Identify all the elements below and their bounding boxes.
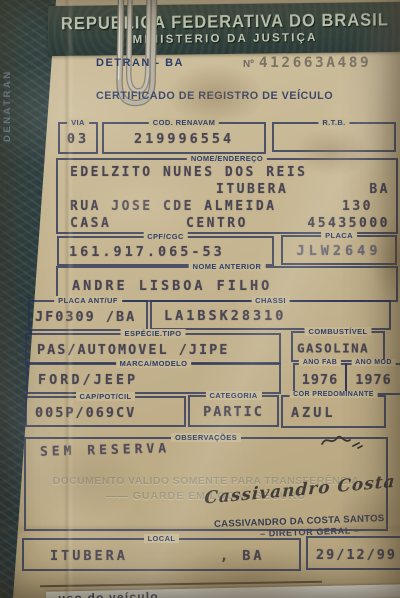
field-cor-value: AZUL	[291, 405, 336, 421]
field-observacoes-label: OBSERVAÇÕES	[171, 433, 241, 442]
field-cor-label: COR PREDOMINANTE	[289, 391, 378, 398]
field-placa-value: JLW2649	[283, 243, 395, 259]
field-renavam-label: COD. RENAVAM	[149, 118, 219, 127]
header-bar: REPUBLICA FEDERATIVA DO BRASIL MINISTERI…	[48, 2, 400, 56]
owner-street: RUA JOSE CDE ALMEIDA	[70, 199, 277, 214]
underlying-document-text: uso do veículo	[58, 589, 159, 598]
field-nome-anterior-value: ANDRE LISBOA FILHO	[72, 278, 272, 294]
owner-complement: CASA	[70, 216, 111, 231]
field-local-city: ITUBERA	[50, 548, 128, 564]
field-cap-label: CAP/POT/CIL	[76, 392, 136, 401]
field-placa-label: PLACA	[321, 231, 357, 240]
owner-city: ITUBERA	[216, 182, 288, 197]
field-especie-value: PAS/AUTOMOVEL /JIPE	[37, 342, 229, 358]
field-rtb: R.T.B.	[272, 122, 396, 152]
field-via-value: 03	[60, 131, 96, 147]
field-placa: PLACA JLW2649	[281, 235, 397, 265]
owner-district: CENTRO	[186, 216, 248, 231]
field-marca: MARCA/MODELO FORD/JEEP	[26, 363, 281, 394]
document-number-label: Nº	[243, 59, 254, 70]
field-especie-label: ESPÉCIE.TIPO	[121, 329, 186, 338]
denatran-vertical-text: DENATRAN	[2, 54, 18, 142]
field-via: VIA 03	[58, 122, 98, 154]
field-categoria: CATEGORIA PARTIC	[188, 395, 279, 427]
owner-uf: BA	[369, 182, 390, 197]
field-placa-ant: PLACA ANT/UF JF0309 /BA	[28, 300, 148, 331]
field-categoria-value: PARTIC	[190, 404, 277, 420]
field-combustivel-value: GASOLINA	[297, 340, 369, 355]
field-cpf-label: CPF/CGC	[143, 232, 188, 241]
field-marca-value: FORD/JEEP	[38, 372, 138, 388]
field-ano-mod-label: ANO MOD	[351, 359, 396, 366]
field-marca-label: MARCA/MODELO	[116, 359, 192, 368]
field-renavam: COD. RENAVAM 219996554	[102, 122, 266, 154]
field-rtb-label: R.T.B.	[318, 118, 349, 127]
sem-reserva-stamp: SEM RESERVA	[40, 441, 170, 459]
field-renavam-value: 219996554	[134, 131, 234, 147]
field-cor: COR PREDOMINANTE AZUL	[281, 395, 386, 428]
field-cap: CAP/POT/CIL 005P/069CV	[25, 396, 186, 427]
field-placa-ant-value: JF0309 /BA	[35, 309, 136, 325]
field-ano-fab: ANO FAB 1976	[293, 363, 347, 394]
field-combustivel-label: COMBUSTÍVEL	[305, 327, 372, 336]
pen-scribble	[320, 432, 364, 450]
field-nome-anterior-label: NOME ANTERIOR	[189, 262, 266, 271]
owner-cep: 45435000	[307, 216, 390, 231]
field-ano-fab-value: 1976	[295, 372, 345, 388]
document-number: Nº412663A489	[243, 54, 371, 72]
field-local-label: LOCAL	[144, 534, 180, 543]
field-local-uf: , BA	[220, 548, 265, 564]
field-chassi: CHASSI LA1BSK28310	[150, 300, 391, 330]
field-data-emissao-value: 29/12/99	[316, 547, 397, 563]
field-placa-ant-label: PLACA ANT/UF	[54, 296, 122, 305]
field-cap-value: 005P/069CV	[35, 405, 136, 421]
field-chassi-label: CHASSI	[251, 296, 290, 305]
field-ano-fab-label: ANO FAB	[299, 359, 341, 366]
owner-name: EDELZITO NUNES DOS REIS	[70, 165, 308, 180]
field-observacoes: OBSERVAÇÕES SEM RESERVA DOCUMENTO VALIDO…	[24, 437, 388, 531]
field-nome-endereco-label: NOME/ENDEREÇO	[187, 154, 267, 163]
field-combustivel: COMBUSTÍVEL GASOLINA	[291, 331, 385, 362]
certificate-title: CERTIFICADO DE REGISTRO DE VEÍCULO	[96, 90, 333, 102]
document-number-value: 412663A489	[259, 55, 371, 71]
agency-name: DETRAN - BA	[96, 57, 184, 69]
field-data-emissao: 29/12/99	[306, 536, 400, 570]
vehicle-registration-certificate: DENATRAN REPUBLICA FEDERATIVA DO BRASIL …	[0, 0, 400, 598]
field-categoria-label: CATEGORIA	[205, 391, 261, 400]
field-nome-endereco: NOME/ENDEREÇO EDELZITO NUNES DOS REIS IT…	[56, 158, 398, 234]
field-chassi-value: LA1BSK28310	[164, 308, 286, 324]
field-local: LOCAL ITUBERA , BA	[22, 538, 301, 571]
owner-street-number: 130	[342, 199, 373, 214]
field-ano-mod-value: 1976	[347, 372, 400, 388]
field-cpf-value: 161.917.065-53	[69, 244, 225, 260]
field-via-label: VIA	[67, 118, 89, 127]
